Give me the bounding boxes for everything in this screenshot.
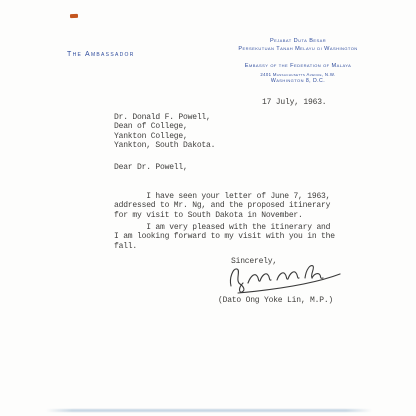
orange-stamp-mark — [70, 14, 78, 18]
page-bottom-edge-shadow — [46, 409, 372, 412]
letterhead-malay-line2: Persekutuan Tanah Melayu di Washington — [228, 46, 368, 54]
body-paragraph-2: I am very pleased with the itinerary and… — [114, 223, 344, 251]
salutation: Dear Dr. Powell, — [114, 163, 188, 172]
letter-page: The Ambassador Pejabat Duta Besar Persek… — [0, 0, 416, 416]
letterhead-malay-line1: Pejabat Duta Besar — [228, 38, 368, 46]
letterhead-embassy-name: Embassy of the Federation of Malaya — [228, 63, 368, 71]
signer-typed-name: (Dato Ong Yoke Lin, M.P.) — [218, 296, 333, 305]
body-paragraph-1: I have seen your letter of June 7, 1963,… — [114, 192, 344, 220]
recipient-address-block: Dr. Donald F. Powell, Dean of College, Y… — [114, 113, 215, 150]
letterhead-malay-block: Pejabat Duta Besar Persekutuan Tanah Mel… — [228, 38, 368, 53]
handwritten-signature — [226, 261, 346, 297]
letter-date: 17 July, 1963. — [262, 98, 326, 107]
letterhead-embassy-city: Washington 8, D.C. — [228, 78, 368, 85]
ambassador-title: The Ambassador — [67, 51, 135, 58]
letterhead-embassy-address: 2401 Massachusetts Avenue, N.W. — [228, 71, 368, 78]
letterhead-embassy-block: Embassy of the Federation of Malaya 2401… — [228, 63, 368, 85]
